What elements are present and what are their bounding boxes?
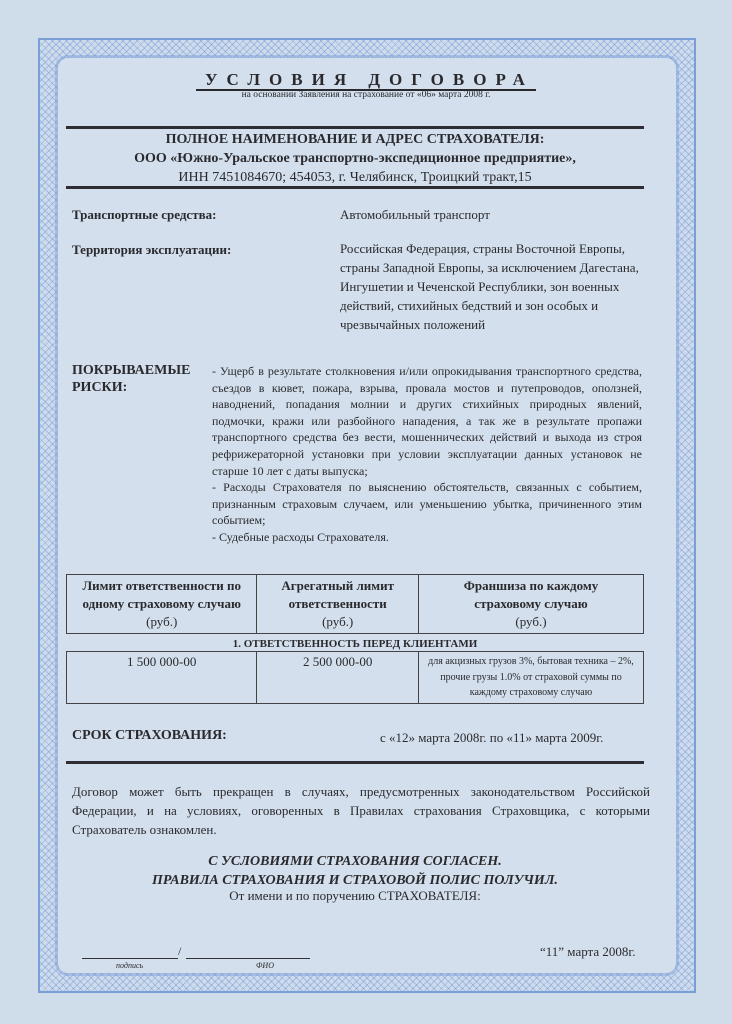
section-title: 1. ОТВЕТСТВЕННОСТЬ ПЕРЕД КЛИЕНТАМИ: [67, 634, 644, 652]
territory-label: Территория эксплуатации:: [72, 242, 231, 258]
risk-item: - Ущерб в результате столкновения и/или …: [212, 363, 642, 479]
signature-date: “11” марта 2008г.: [540, 944, 636, 960]
signature-separator: /: [178, 944, 181, 959]
header-deductible: Франшиза по каждому страховому случаю (р…: [418, 575, 643, 634]
risk-item: - Расходы Страхователя по выяснению обст…: [212, 479, 642, 529]
deductible-value: для акцизных грузов 3%, бытовая техника …: [418, 652, 643, 704]
document-subtitle: на основании Заявления на страхование от…: [0, 90, 732, 100]
term-label: СРОК СТРАХОВАНИЯ:: [72, 728, 227, 744]
limits-table: Лимит ответственности по одному страхово…: [66, 574, 644, 704]
aggregate-limit-value: 2 500 000-00: [257, 652, 419, 704]
divider: [66, 761, 644, 764]
insurer-address: ИНН 7451084670; 454053, г. Челябинск, Тр…: [66, 168, 644, 187]
signature-caption: подпись: [116, 961, 143, 970]
divider: [66, 126, 644, 129]
agreement-statement: С УСЛОВИЯМИ СТРАХОВАНИЯ СОГЛАСЕН. ПРАВИЛ…: [66, 852, 644, 890]
risk-item: - Судебные расходы Страхователя.: [212, 529, 642, 546]
risks-list: - Ущерб в результате столкновения и/или …: [212, 363, 642, 546]
on-behalf-text: От имени и по поручению СТРАХОВАТЕЛЯ:: [66, 888, 644, 904]
name-line[interactable]: [186, 958, 310, 959]
vehicles-value: Автомобильный транспорт: [340, 205, 640, 224]
territory-value: Российская Федерация, страны Восточной Е…: [340, 239, 645, 334]
name-caption: ФИО: [256, 961, 274, 970]
divider: [66, 186, 644, 189]
insurer-heading: ПОЛНОЕ НАИМЕНОВАНИЕ И АДРЕС СТРАХОВАТЕЛЯ…: [66, 130, 644, 149]
risks-label: ПОКРЫВАЕМЫЕ РИСКИ:: [72, 362, 190, 396]
document-title: УСЛОВИЯ ДОГОВОРА: [0, 70, 732, 90]
table-header-row: Лимит ответственности по одному страхово…: [67, 575, 644, 634]
termination-paragraph: Договор может быть прекращен в случаях, …: [72, 782, 650, 839]
header-per-case-limit: Лимит ответственности по одному страхово…: [67, 575, 257, 634]
table-row: 1 500 000-00 2 500 000-00 для акцизных г…: [67, 652, 644, 704]
signature-line[interactable]: [82, 958, 178, 959]
insurer-name: ООО «Южно-Уральское транспортно-экспедиц…: [66, 149, 644, 168]
insurer-header: ПОЛНОЕ НАИМЕНОВАНИЕ И АДРЕС СТРАХОВАТЕЛЯ…: [66, 130, 644, 187]
header-aggregate-limit: Агрегатный лимит ответственности (руб.): [257, 575, 419, 634]
term-value: с «12» марта 2008г. по «11» марта 2009г.: [380, 730, 603, 746]
vehicles-label: Транспортные средства:: [72, 207, 216, 223]
per-case-limit-value: 1 500 000-00: [67, 652, 257, 704]
table-section-row: 1. ОТВЕТСТВЕННОСТЬ ПЕРЕД КЛИЕНТАМИ: [67, 634, 644, 652]
